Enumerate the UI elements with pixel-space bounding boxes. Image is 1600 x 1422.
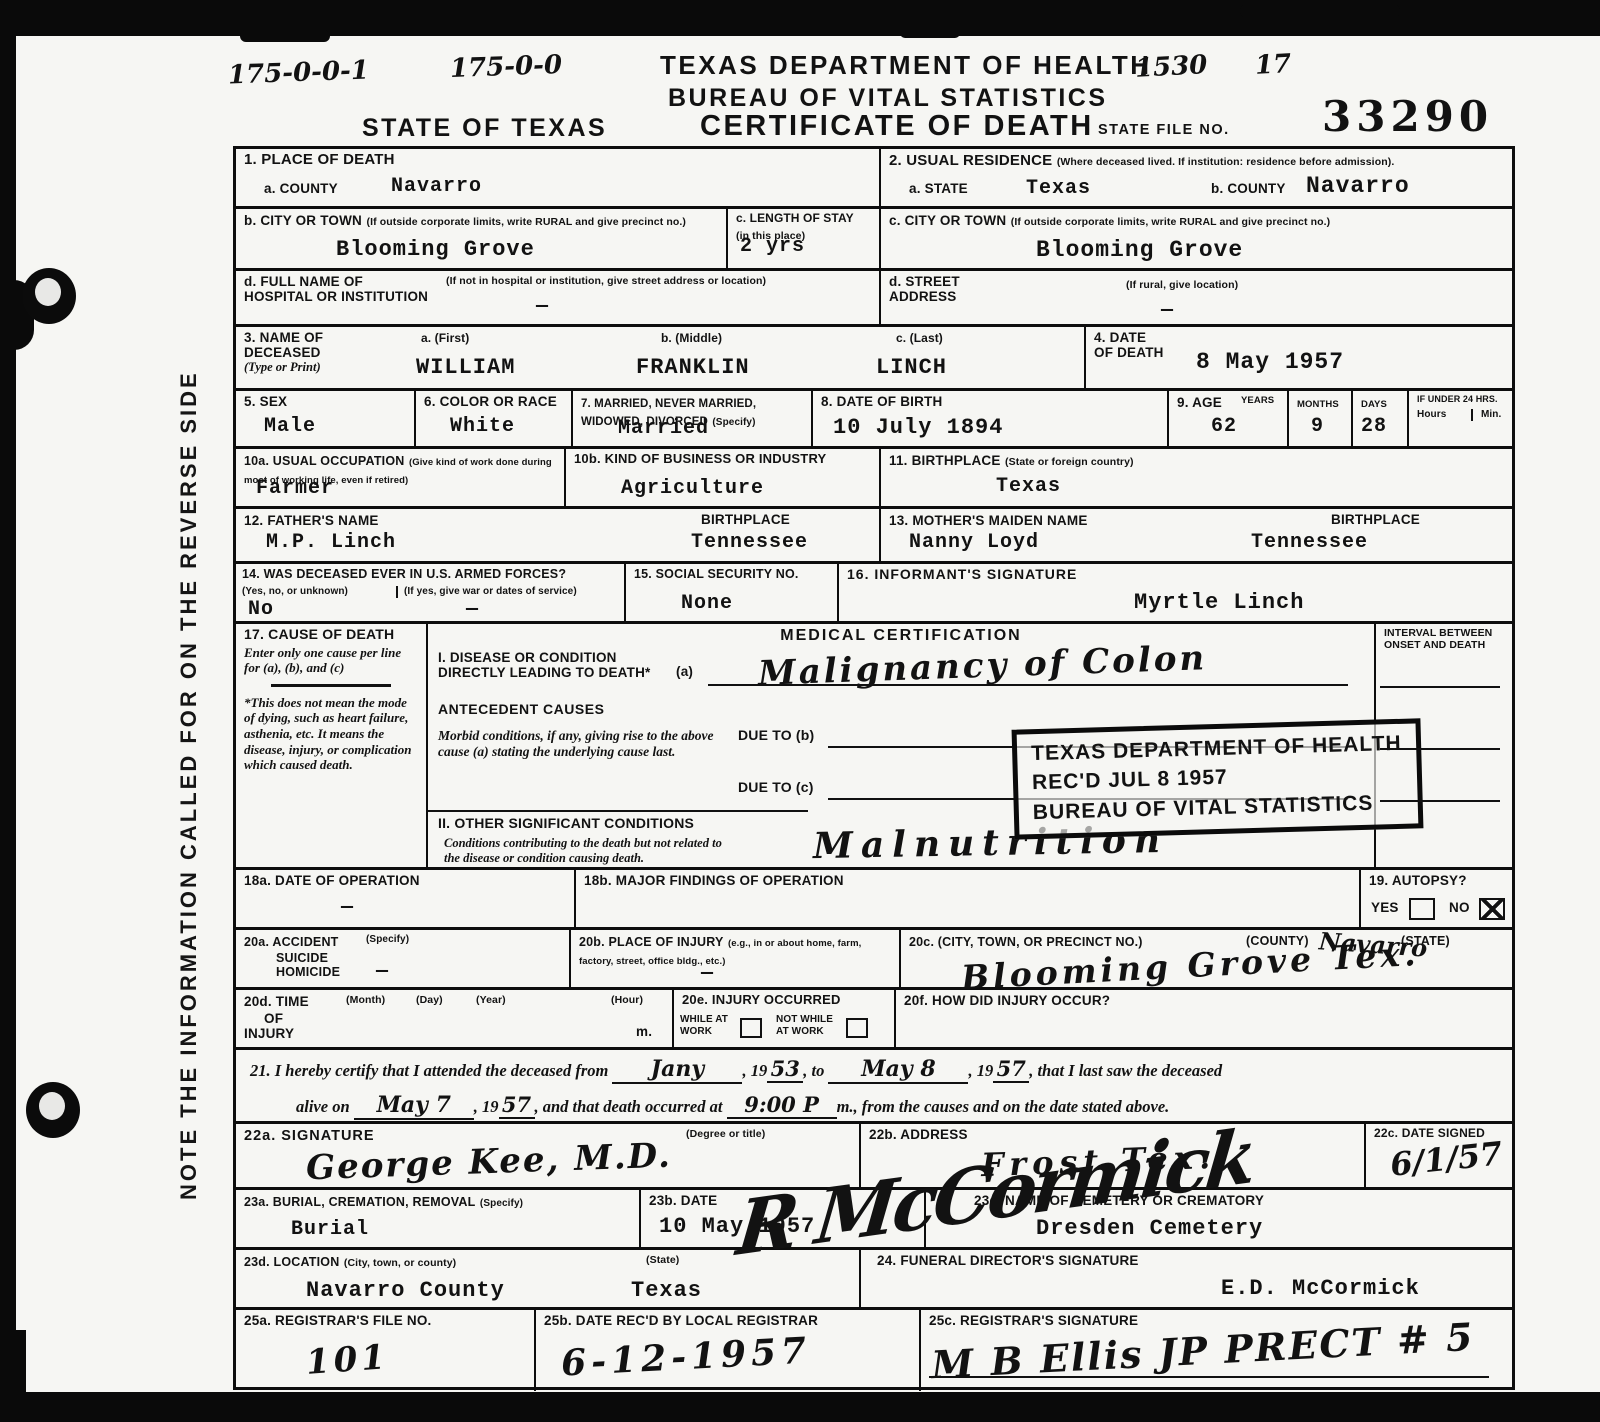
field-place-city: b. CITY OR TOWN (If outside corporate li…	[236, 209, 728, 268]
header-bureau: BUREAU OF VITAL STATISTICS	[668, 84, 1108, 113]
header-state: STATE OF TEXAS	[362, 114, 607, 143]
field-injury-occurred: 20e. INJURY OCCURRED WHILE AT WORK NOT W…	[674, 990, 896, 1047]
field-age-days: DAYS 28	[1353, 391, 1409, 446]
injury-a-label3: HOMICIDE	[276, 965, 561, 979]
name-last-value: LINCH	[876, 355, 947, 380]
cause-label: 17. CAUSE OF DEATH	[244, 627, 418, 643]
mother-label: 13. MOTHER'S MAIDEN NAME	[889, 513, 1088, 528]
field-marital: 7. MARRIED, NEVER MARRIED, WIDOWED, DIVO…	[573, 391, 813, 446]
certify-to-hw: May 8	[861, 1056, 935, 1082]
certify-y1-hw: 53	[771, 1056, 800, 1081]
sex-label: 5. SEX	[244, 394, 406, 409]
interval-line-c	[1380, 800, 1500, 802]
age-min-label: Min.	[1471, 409, 1501, 421]
field-age-months: MONTHS 9	[1289, 391, 1353, 446]
field-sex: 5. SEX Male	[236, 391, 416, 446]
mother-birthplace-label: BIRTHPLACE	[1331, 512, 1420, 527]
field-place-of-death: 1. PLACE OF DEATH a. COUNTY Navarro	[236, 149, 881, 206]
field-date-signed: 22c. DATE SIGNED 6/1/57	[1366, 1124, 1512, 1187]
stay-label: c. LENGTH OF STAY	[736, 212, 871, 226]
registrar-date-label: 25b. DATE REC'D BY LOCAL REGISTRAR	[544, 1313, 911, 1328]
residence-county-label: b. COUNTY	[1211, 181, 1286, 196]
state-file-no-label: STATE FILE NO.	[1098, 122, 1230, 138]
age-under-label: IF UNDER 24 HRS.	[1417, 394, 1504, 404]
industry-label: 10b. KIND OF BUSINESS OR INDUSTRY	[574, 452, 871, 467]
name-first-label: a. (First)	[421, 332, 469, 346]
field-armed-forces: 14. WAS DECEASED EVER IN U.S. ARMED FORC…	[236, 564, 626, 621]
field-accident-suicide-homicide: 20a. ACCIDENT (Specify) SUICIDE HOMICIDE…	[236, 930, 571, 987]
field-usual-residence: 2. USUAL RESIDENCE (Where deceased lived…	[881, 149, 1512, 206]
autopsy-no-label: NO	[1449, 900, 1470, 915]
certify-tail1: , that I last saw the deceased	[1029, 1061, 1222, 1080]
informant-value: Myrtle Linch	[1134, 590, 1304, 615]
father-value: M.P. Linch	[266, 531, 396, 554]
field-race: 6. COLOR OR RACE White	[416, 391, 573, 446]
street-label: d. STREET ADDRESS	[889, 274, 989, 304]
father-label: 12. FATHER'S NAME	[244, 513, 379, 528]
interval-label-1: INTERVAL BETWEEN	[1384, 627, 1504, 639]
hospital-value: —	[536, 295, 549, 318]
scan-edge-bottom	[0, 1392, 1600, 1422]
autopsy-no-checkbox	[1479, 898, 1505, 920]
not-while-at-work-checkbox	[846, 1018, 868, 1038]
injury-place-value: —	[701, 962, 714, 985]
field-injury-city: 20c. (CITY, TOWN, OR PRECINCT NO.) (COUN…	[901, 930, 1512, 987]
hole-punch-top	[22, 268, 76, 324]
certify-hour-hw: 9:00 P	[744, 1092, 819, 1117]
street-note: (If rural, give location)	[1126, 279, 1238, 291]
birthplace-note: (State or foreign country)	[1005, 456, 1134, 468]
certify-alive-hw: May 7	[377, 1092, 451, 1118]
dob-value: 10 July 1894	[833, 415, 1003, 440]
residence-city-label: c. CITY OR TOWN	[889, 213, 1006, 228]
disease-label-1: I. DISEASE OR CONDITION	[438, 650, 650, 665]
interval-line-b	[1380, 748, 1500, 750]
header-department: TEXAS DEPARTMENT OF HEALTH	[660, 50, 1152, 81]
location-value: Navarro County	[306, 1278, 505, 1303]
reverse-side-note: NOTE THE INFORMATION CALLED FOR ON THE R…	[176, 300, 202, 1200]
location-state-note: (State)	[646, 1254, 679, 1266]
field-how-injury-occurred: 20f. HOW DID INJURY OCCUR?	[896, 990, 1512, 1047]
age-days-label: DAYS	[1361, 399, 1387, 410]
certify-from-hw: Jany	[651, 1056, 704, 1082]
injury-a-note: (Specify)	[366, 934, 409, 946]
place-city-label: b. CITY OR TOWN	[244, 213, 362, 228]
date-of-death-label: 4. DATE OF DEATH	[1094, 330, 1164, 360]
field-time-of-injury: 20d. TIME (Month) (Day) (Year) (Hour) OF…	[236, 990, 674, 1047]
autopsy-label: 19. AUTOPSY?	[1369, 873, 1504, 888]
scan-noise	[1240, 4, 1400, 18]
due-to-c-label: DUE TO (c)	[738, 780, 814, 796]
name-first-value: WILLIAM	[416, 355, 515, 380]
field-operation-findings: 18b. MAJOR FINDINGS OF OPERATION	[576, 870, 1361, 927]
handwritten-code-left-1: 175-0-0-1	[228, 56, 370, 91]
mother-value: Nanny Loyd	[909, 531, 1039, 554]
field-burial: 23a. BURIAL, CREMATION, REMOVAL (Specify…	[236, 1190, 641, 1247]
registrar-signature-line	[929, 1376, 1489, 1378]
field-medical-certification: MEDICAL CERTIFICATION I. DISEASE OR COND…	[428, 624, 1376, 867]
handwritten-code-left-2: 175-0-0	[450, 50, 563, 84]
header-title: CERTIFICATE OF DEATH	[700, 110, 1094, 143]
age-hours-label: Hours	[1417, 409, 1446, 421]
certify-y1-pre: , 19	[742, 1061, 767, 1080]
field-interval: INTERVAL BETWEEN ONSET AND DEATH	[1376, 624, 1512, 867]
hole-punch-bottom	[26, 1082, 80, 1138]
funeral-director-label: 24. FUNERAL DIRECTOR'S SIGNATURE	[877, 1253, 1504, 1268]
operation-date-value: —	[341, 896, 354, 919]
injury-a-label2: SUICIDE	[276, 951, 561, 965]
field-date-of-birth: 8. DATE OF BIRTH 10 July 1894	[813, 391, 1169, 446]
interval-label-2: ONSET AND DEATH	[1384, 639, 1504, 651]
other-conditions-label: II. OTHER SIGNIFICANT CONDITIONS	[438, 816, 694, 832]
age-months-value: 9	[1311, 415, 1324, 438]
injury-how-label: 20f. HOW DID INJURY OCCUR?	[904, 993, 1504, 1008]
race-value: White	[450, 415, 515, 438]
field-birthplace: 11. BIRTHPLACE (State or foreign country…	[881, 449, 1512, 506]
name-last-label: c. (Last)	[896, 332, 943, 346]
injury-hour-label: (Hour)	[611, 994, 643, 1006]
field-father: 12. FATHER'S NAME BIRTHPLACE M.P. Linch …	[236, 509, 881, 561]
injury-year-label: (Year)	[476, 994, 506, 1006]
injury-a-value: —	[376, 960, 389, 983]
field-industry: 10b. KIND OF BUSINESS OR INDUSTRY Agricu…	[566, 449, 881, 506]
forces-label: 14. WAS DECEASED EVER IN U.S. ARMED FORC…	[242, 567, 618, 581]
residence-title-note: (Where deceased lived. If institution: r…	[1057, 156, 1395, 168]
field-name-of-deceased: 3. NAME OF DECEASED (Type or Print) a. (…	[236, 327, 1086, 388]
location-label: 23d. LOCATION	[244, 1255, 339, 1269]
hospital-note: (If not in hospital or institution, give…	[446, 275, 766, 287]
field-age-under-24: IF UNDER 24 HRS. Hours Min.	[1409, 391, 1512, 446]
injury-day-label: (Day)	[416, 994, 443, 1006]
injury-a-label: 20a. ACCIDENT	[244, 935, 339, 949]
field-place-of-injury: 20b. PLACE OF INJURY (e.g., in or about …	[571, 930, 901, 987]
operation-findings-label: 18b. MAJOR FINDINGS OF OPERATION	[584, 873, 1351, 888]
interval-line-a	[1380, 686, 1500, 688]
father-birthplace-value: Tennessee	[691, 531, 808, 554]
residence-state-value: Texas	[1026, 177, 1091, 200]
field-funeral-director: 24. FUNERAL DIRECTOR'S SIGNATURE E.D. Mc…	[861, 1250, 1512, 1307]
received-stamp: TEXAS DEPARTMENT OF HEALTH REC'D JUL 8 1…	[1012, 718, 1423, 840]
field-length-of-stay: c. LENGTH OF STAY (in this place) 2 yrs	[728, 209, 881, 268]
place-title: 1. PLACE OF DEATH	[244, 152, 871, 169]
disease-label-2: DIRECTLY LEADING TO DEATH*	[438, 665, 650, 680]
certify-y2-hw: 57	[997, 1056, 1026, 1081]
race-label: 6. COLOR OR RACE	[424, 394, 563, 409]
scan-edge-left	[0, 0, 16, 1422]
morbid-note: Morbid conditions, if any, giving rise t…	[438, 728, 728, 760]
ssn-label: 15. SOCIAL SECURITY NO.	[634, 567, 829, 581]
certify-to-word: , to	[803, 1061, 824, 1080]
age-months-label: MONTHS	[1297, 399, 1339, 410]
field-certify-statement: 21. I hereby certify that I attended the…	[236, 1050, 1512, 1121]
injury-time-label: 20d. TIME	[244, 994, 309, 1009]
autopsy-yes-checkbox	[1409, 898, 1435, 920]
signature-degree-note: (Degree or title)	[686, 1128, 765, 1140]
age-label: 9. AGE	[1177, 395, 1222, 410]
forces-note1: (Yes, no, or unknown)	[242, 586, 348, 598]
certify-death-word: , and that death occurred at	[535, 1097, 723, 1116]
field-age-years: 9. AGE YEARS 62	[1169, 391, 1289, 446]
place-county-label: a. COUNTY	[264, 181, 338, 196]
residence-city-note: (If outside corporate limits, write RURA…	[1011, 216, 1331, 228]
injury-place-label: 20b. PLACE OF INJURY	[579, 935, 724, 949]
mother-birthplace-value: Tennessee	[1251, 531, 1368, 554]
date-of-death-value: 8 May 1957	[1196, 349, 1344, 375]
injury-time-label3: INJURY	[244, 1026, 664, 1041]
age-years-label: YEARS	[1241, 396, 1274, 407]
place-county-value: Navarro	[391, 175, 482, 198]
state-file-number: 33290	[1322, 92, 1493, 141]
certify-y3-hw: 57	[502, 1092, 531, 1117]
field-date-of-operation: 18a. DATE OF OPERATION —	[236, 870, 576, 927]
name-title: 3. NAME OF DECEASED	[244, 330, 394, 360]
injury-not-while-label: NOT WHILE AT WORK	[776, 1014, 838, 1037]
marital-note: (Specify)	[712, 417, 755, 428]
burial-note: (Specify)	[480, 1198, 523, 1209]
certify-pre: 21. I hereby certify that I attended the…	[250, 1061, 608, 1080]
scan-noise	[900, 28, 960, 38]
medical-certification-title: MEDICAL CERTIFICATION	[436, 627, 1366, 645]
forces-note2: (If yes, give war or dates of service)	[396, 586, 604, 598]
certify-y2-pre: , 19	[968, 1061, 993, 1080]
residence-city-value: Blooming Grove	[1036, 237, 1243, 263]
funeral-director-name: E.D. McCormick	[1221, 1276, 1420, 1301]
sex-value: Male	[264, 415, 316, 438]
registrar-file-value: 101	[305, 1337, 391, 1383]
signature-label: 22a. SIGNATURE	[244, 1128, 375, 1144]
birthplace-label: 11. BIRTHPLACE	[889, 453, 1001, 468]
field-mother: 13. MOTHER'S MAIDEN NAME BIRTHPLACE Nann…	[881, 509, 1512, 561]
field-registrar-signature: 25c. REGISTRAR'S SIGNATURE M B Ellis JP …	[921, 1310, 1512, 1391]
industry-value: Agriculture	[621, 477, 764, 500]
marital-value: Married	[618, 417, 709, 440]
stay-value: 2 yrs	[740, 235, 805, 258]
injury-month-label: (Month)	[346, 994, 385, 1006]
field-physician-signature: 22a. SIGNATURE (Degree or title) George …	[236, 1124, 861, 1187]
age-days-value: 28	[1361, 415, 1387, 438]
ssn-value: None	[681, 592, 733, 615]
field-registrar-file: 25a. REGISTRAR'S FILE NO. 101	[236, 1310, 536, 1391]
field-date-of-death: 4. DATE OF DEATH 8 May 1957	[1086, 327, 1512, 388]
injury-city-label: 20c. (CITY, TOWN, OR PRECINCT NO.)	[909, 935, 1143, 949]
occupation-label: 10a. USUAL OCCUPATION	[244, 454, 404, 468]
certify-y3-pre: , 19	[474, 1097, 499, 1116]
residence-title: 2. USUAL RESIDENCE	[889, 152, 1052, 169]
cause-note1: Enter only one cause per line for (a), (…	[244, 645, 418, 676]
scan-noise	[240, 30, 330, 42]
father-birthplace-label: BIRTHPLACE	[701, 512, 790, 527]
injury-while-label: WHILE AT WORK	[680, 1014, 738, 1037]
antecedent-label: ANTECEDENT CAUSES	[438, 702, 604, 718]
while-at-work-checkbox	[740, 1018, 762, 1038]
field-registrar-date: 25b. DATE REC'D BY LOCAL REGISTRAR 6-12-…	[536, 1310, 921, 1391]
injury-occurred-label: 20e. INJURY OCCURRED	[682, 993, 886, 1008]
registrar-file-label: 25a. REGISTRAR'S FILE NO.	[244, 1313, 526, 1328]
hospital-label: d. FULL NAME OF HOSPITAL OR INSTITUTION	[244, 274, 434, 304]
field-cause-of-death-notes: 17. CAUSE OF DEATH Enter only one cause …	[236, 624, 428, 867]
operation-date-label: 18a. DATE OF OPERATION	[244, 873, 566, 888]
forces-value: No	[248, 598, 274, 621]
death-certificate-scan: NOTE THE INFORMATION CALLED FOR ON THE R…	[0, 0, 1600, 1422]
burial-label: 23a. BURIAL, CREMATION, REMOVAL	[244, 1195, 475, 1209]
street-value: —	[1161, 299, 1174, 322]
field-autopsy: 19. AUTOPSY? YES NO	[1361, 870, 1512, 927]
forces-value2: —	[466, 598, 479, 621]
injury-time-label2: OF	[264, 1011, 664, 1026]
birthplace-value: Texas	[996, 475, 1061, 498]
field-ssn: 15. SOCIAL SECURITY NO. None	[626, 564, 839, 621]
informant-label: 16. INFORMANT'S SIGNATURE	[847, 567, 1504, 583]
other-conditions-note: Conditions contributing to the death but…	[444, 836, 734, 866]
registrar-date-value: 6-12-1957	[560, 1329, 812, 1384]
place-city-value: Blooming Grove	[336, 237, 535, 262]
place-city-note: (If outside corporate limits, write RURA…	[366, 216, 686, 228]
autopsy-yes-label: YES	[1371, 900, 1399, 915]
field-informant: 16. INFORMANT'S SIGNATURE Myrtle Linch	[839, 564, 1512, 621]
field-hospital: d. FULL NAME OF HOSPITAL OR INSTITUTION …	[236, 271, 881, 324]
injury-m-label: m.	[636, 1024, 652, 1039]
disease-a-label: (a)	[676, 664, 693, 679]
name-middle-value: FRANKLIN	[636, 355, 750, 380]
handwritten-code-right-2: 17	[1254, 49, 1292, 81]
due-to-b-label: DUE TO (b)	[738, 728, 814, 744]
burial-value: Burial	[291, 1218, 369, 1241]
location-state-value: Texas	[631, 1278, 702, 1303]
certify-alive-word: alive on	[296, 1097, 350, 1116]
dob-label: 8. DATE OF BIRTH	[821, 394, 1159, 409]
occupation-value: Farmer	[256, 477, 334, 500]
certify-tail2: m., from the causes and on the date stat…	[837, 1097, 1170, 1116]
residence-county-value: Navarro	[1306, 173, 1410, 199]
date-signed-value: 6/1/57	[1388, 1134, 1504, 1184]
cause-note2: *This does not mean the mode of dying, s…	[244, 695, 418, 773]
field-occupation: 10a. USUAL OCCUPATION (Give kind of work…	[236, 449, 566, 506]
residence-state-label: a. STATE	[909, 181, 968, 196]
scan-edge-corner	[1560, 0, 1600, 26]
age-years-value: 62	[1211, 415, 1237, 438]
field-residence-city: c. CITY OR TOWN (If outside corporate li…	[881, 209, 1512, 268]
field-street-address: d. STREET ADDRESS (If rural, give locati…	[881, 271, 1512, 324]
location-note: (City, town, or county)	[344, 1257, 456, 1269]
name-middle-label: b. (Middle)	[661, 332, 722, 346]
scan-noise	[0, 1330, 26, 1422]
